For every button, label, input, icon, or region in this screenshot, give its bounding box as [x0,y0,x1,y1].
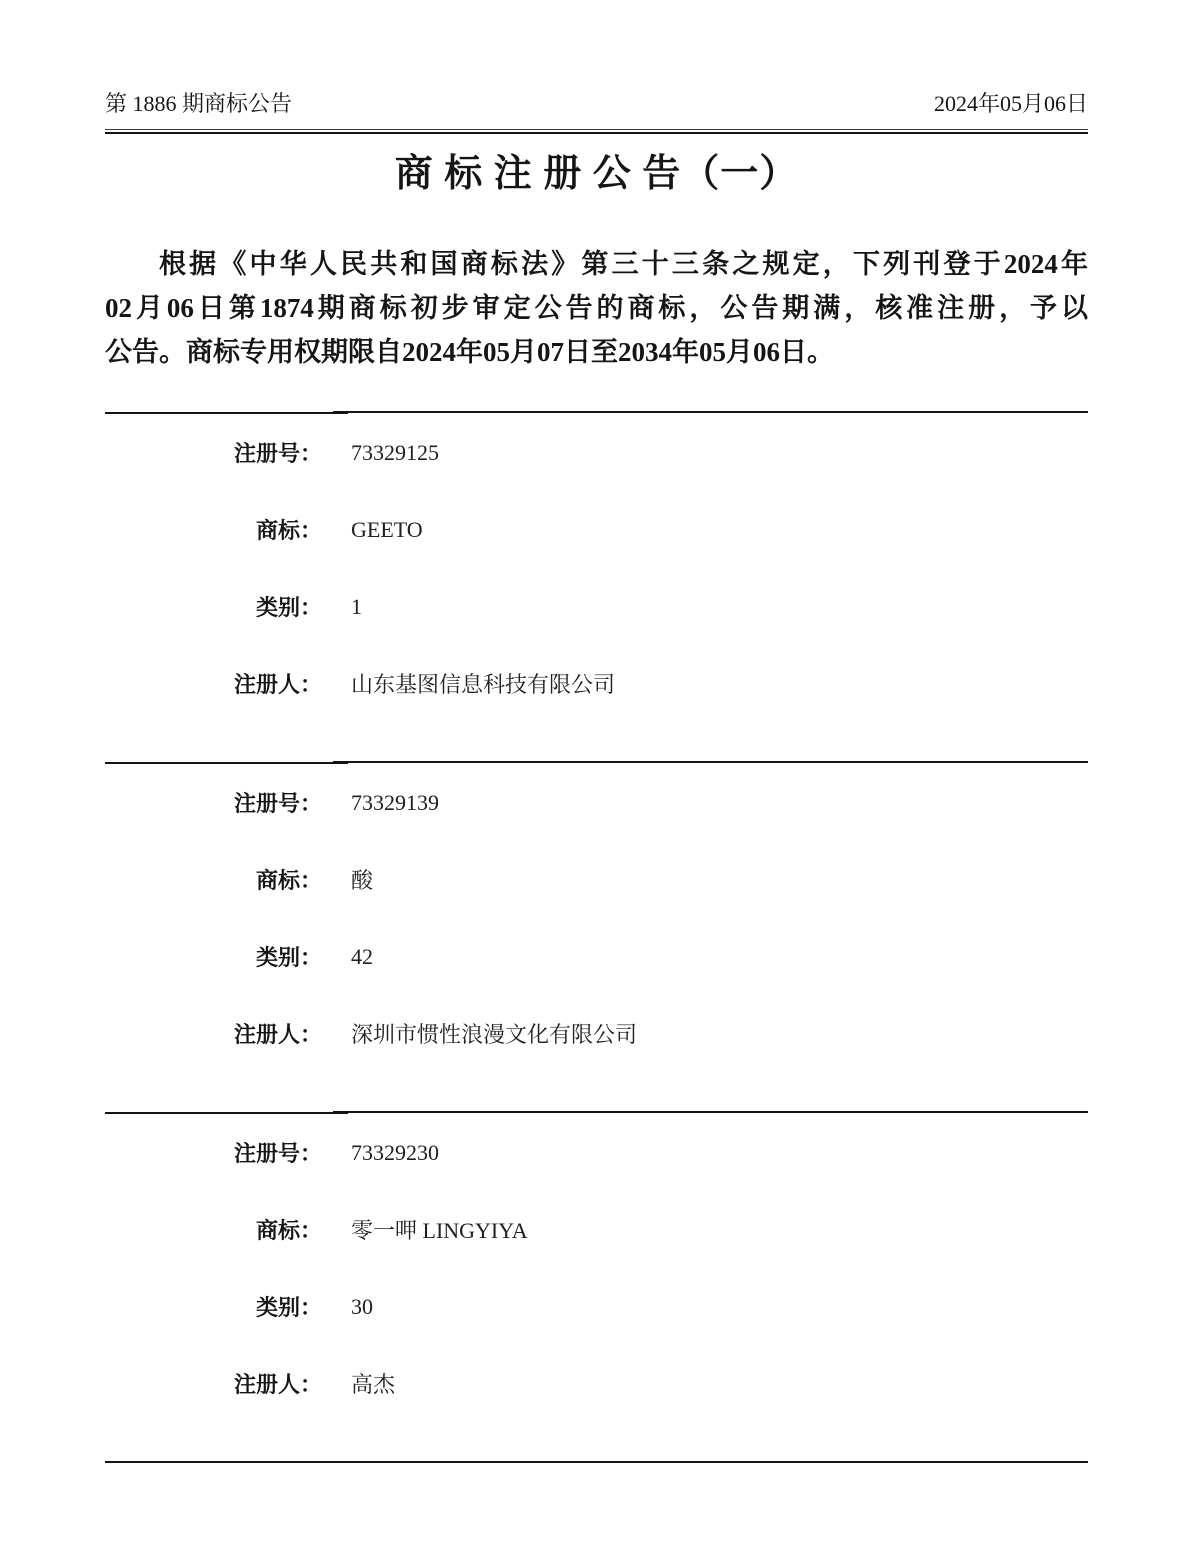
divider-segment-right [333,411,1088,413]
field-row-registrant: 注册人： 深圳市惯性浪漫文化有限公司 [105,995,1088,1072]
field-label-registrant: 注册人： [105,1018,322,1049]
field-label-reg-no: 注册号： [105,787,322,818]
field-row-trademark: 商标： GEETO [105,491,1088,568]
intro-line: 02月06日第1874期商标初步审定公告的商标，公告期满，核准注册，予以 [105,286,1088,330]
entry-divider [105,411,1088,414]
field-label-class: 类别： [105,1291,322,1322]
field-label-class: 类别： [105,591,322,622]
field-value-trademark: GEETO [351,517,423,543]
field-value-registrant: 高杰 [351,1368,395,1399]
field-row-trademark: 商标： 零一呷 LINGYIYA [105,1191,1088,1268]
field-row-reg-no: 注册号： 73329139 [105,764,1088,841]
field-label-trademark: 商标： [105,514,322,545]
field-label-registrant: 注册人： [105,668,322,699]
field-row-registrant: 注册人： 高杰 [105,1345,1088,1422]
intro-line: 公告。商标专用权期限自2024年05月07日至2034年05月06日。 [105,330,1088,374]
field-label-reg-no: 注册号： [105,437,322,468]
field-label-reg-no: 注册号： [105,1137,322,1168]
field-value-registrant: 深圳市惯性浪漫文化有限公司 [351,1018,637,1049]
field-row-class: 类别： 1 [105,568,1088,645]
field-value-trademark: 酸 [351,864,373,895]
issue-number: 第 1886 期商标公告 [105,90,292,118]
intro-line: 根据《中华人民共和国商标法》第三十三条之规定，下列刊登于2024年 [105,242,1088,286]
entry-section: 注册号： 73329125 商标： GEETO 类别： 1 注册人： 山东基图信… [105,411,1088,1463]
trademark-entry: 注册号： 73329230 商标： 零一呷 LINGYIYA 类别： 30 注册… [105,1111,1088,1461]
trademark-entry: 注册号： 73329125 商标： GEETO 类别： 1 注册人： 山东基图信… [105,411,1088,761]
page-header: 第 1886 期商标公告 2024年05月06日 [105,0,1088,118]
field-value-trademark: 零一呷 LINGYIYA [351,1214,528,1245]
divider-segment-right [333,1111,1088,1113]
field-row-class: 类别： 42 [105,918,1088,995]
field-row-reg-no: 注册号： 73329230 [105,1114,1088,1191]
field-label-registrant: 注册人： [105,1368,322,1399]
field-label-class: 类别： [105,941,322,972]
field-row-reg-no: 注册号： 73329125 [105,414,1088,491]
intro-paragraph: 根据《中华人民共和国商标法》第三十三条之规定，下列刊登于2024年 02月06日… [105,242,1088,374]
entry-divider [105,1111,1088,1114]
header-rule [105,129,1088,134]
field-label-trademark: 商标： [105,1214,322,1245]
field-value-registrant: 山东基图信息科技有限公司 [351,668,615,699]
document-page: 第 1886 期商标公告 2024年05月06日 商 标 注 册 公 告（一） … [0,0,1190,1564]
field-value-class: 30 [351,1294,373,1320]
trademark-entry: 注册号： 73329139 商标： 酸 类别： 42 注册人： 深圳市惯性浪漫文… [105,761,1088,1111]
field-value-reg-no: 73329230 [351,1140,439,1166]
bottom-rule [105,1461,1088,1463]
divider-segment-left [105,1112,348,1114]
field-label-trademark: 商标： [105,864,322,895]
field-value-class: 42 [351,944,373,970]
field-row-trademark: 商标： 酸 [105,841,1088,918]
page-title: 商 标 注 册 公 告（一） [105,148,1088,200]
divider-segment-left [105,412,348,414]
field-row-registrant: 注册人： 山东基图信息科技有限公司 [105,645,1088,722]
field-value-reg-no: 73329139 [351,790,439,816]
divider-segment-left [105,762,348,764]
field-row-class: 类别： 30 [105,1268,1088,1345]
field-value-class: 1 [351,594,362,620]
publication-date: 2024年05月06日 [934,90,1088,118]
field-value-reg-no: 73329125 [351,440,439,466]
entry-divider [105,761,1088,764]
page-content: 第 1886 期商标公告 2024年05月06日 商 标 注 册 公 告（一） … [105,0,1088,1463]
divider-segment-right [333,761,1088,763]
